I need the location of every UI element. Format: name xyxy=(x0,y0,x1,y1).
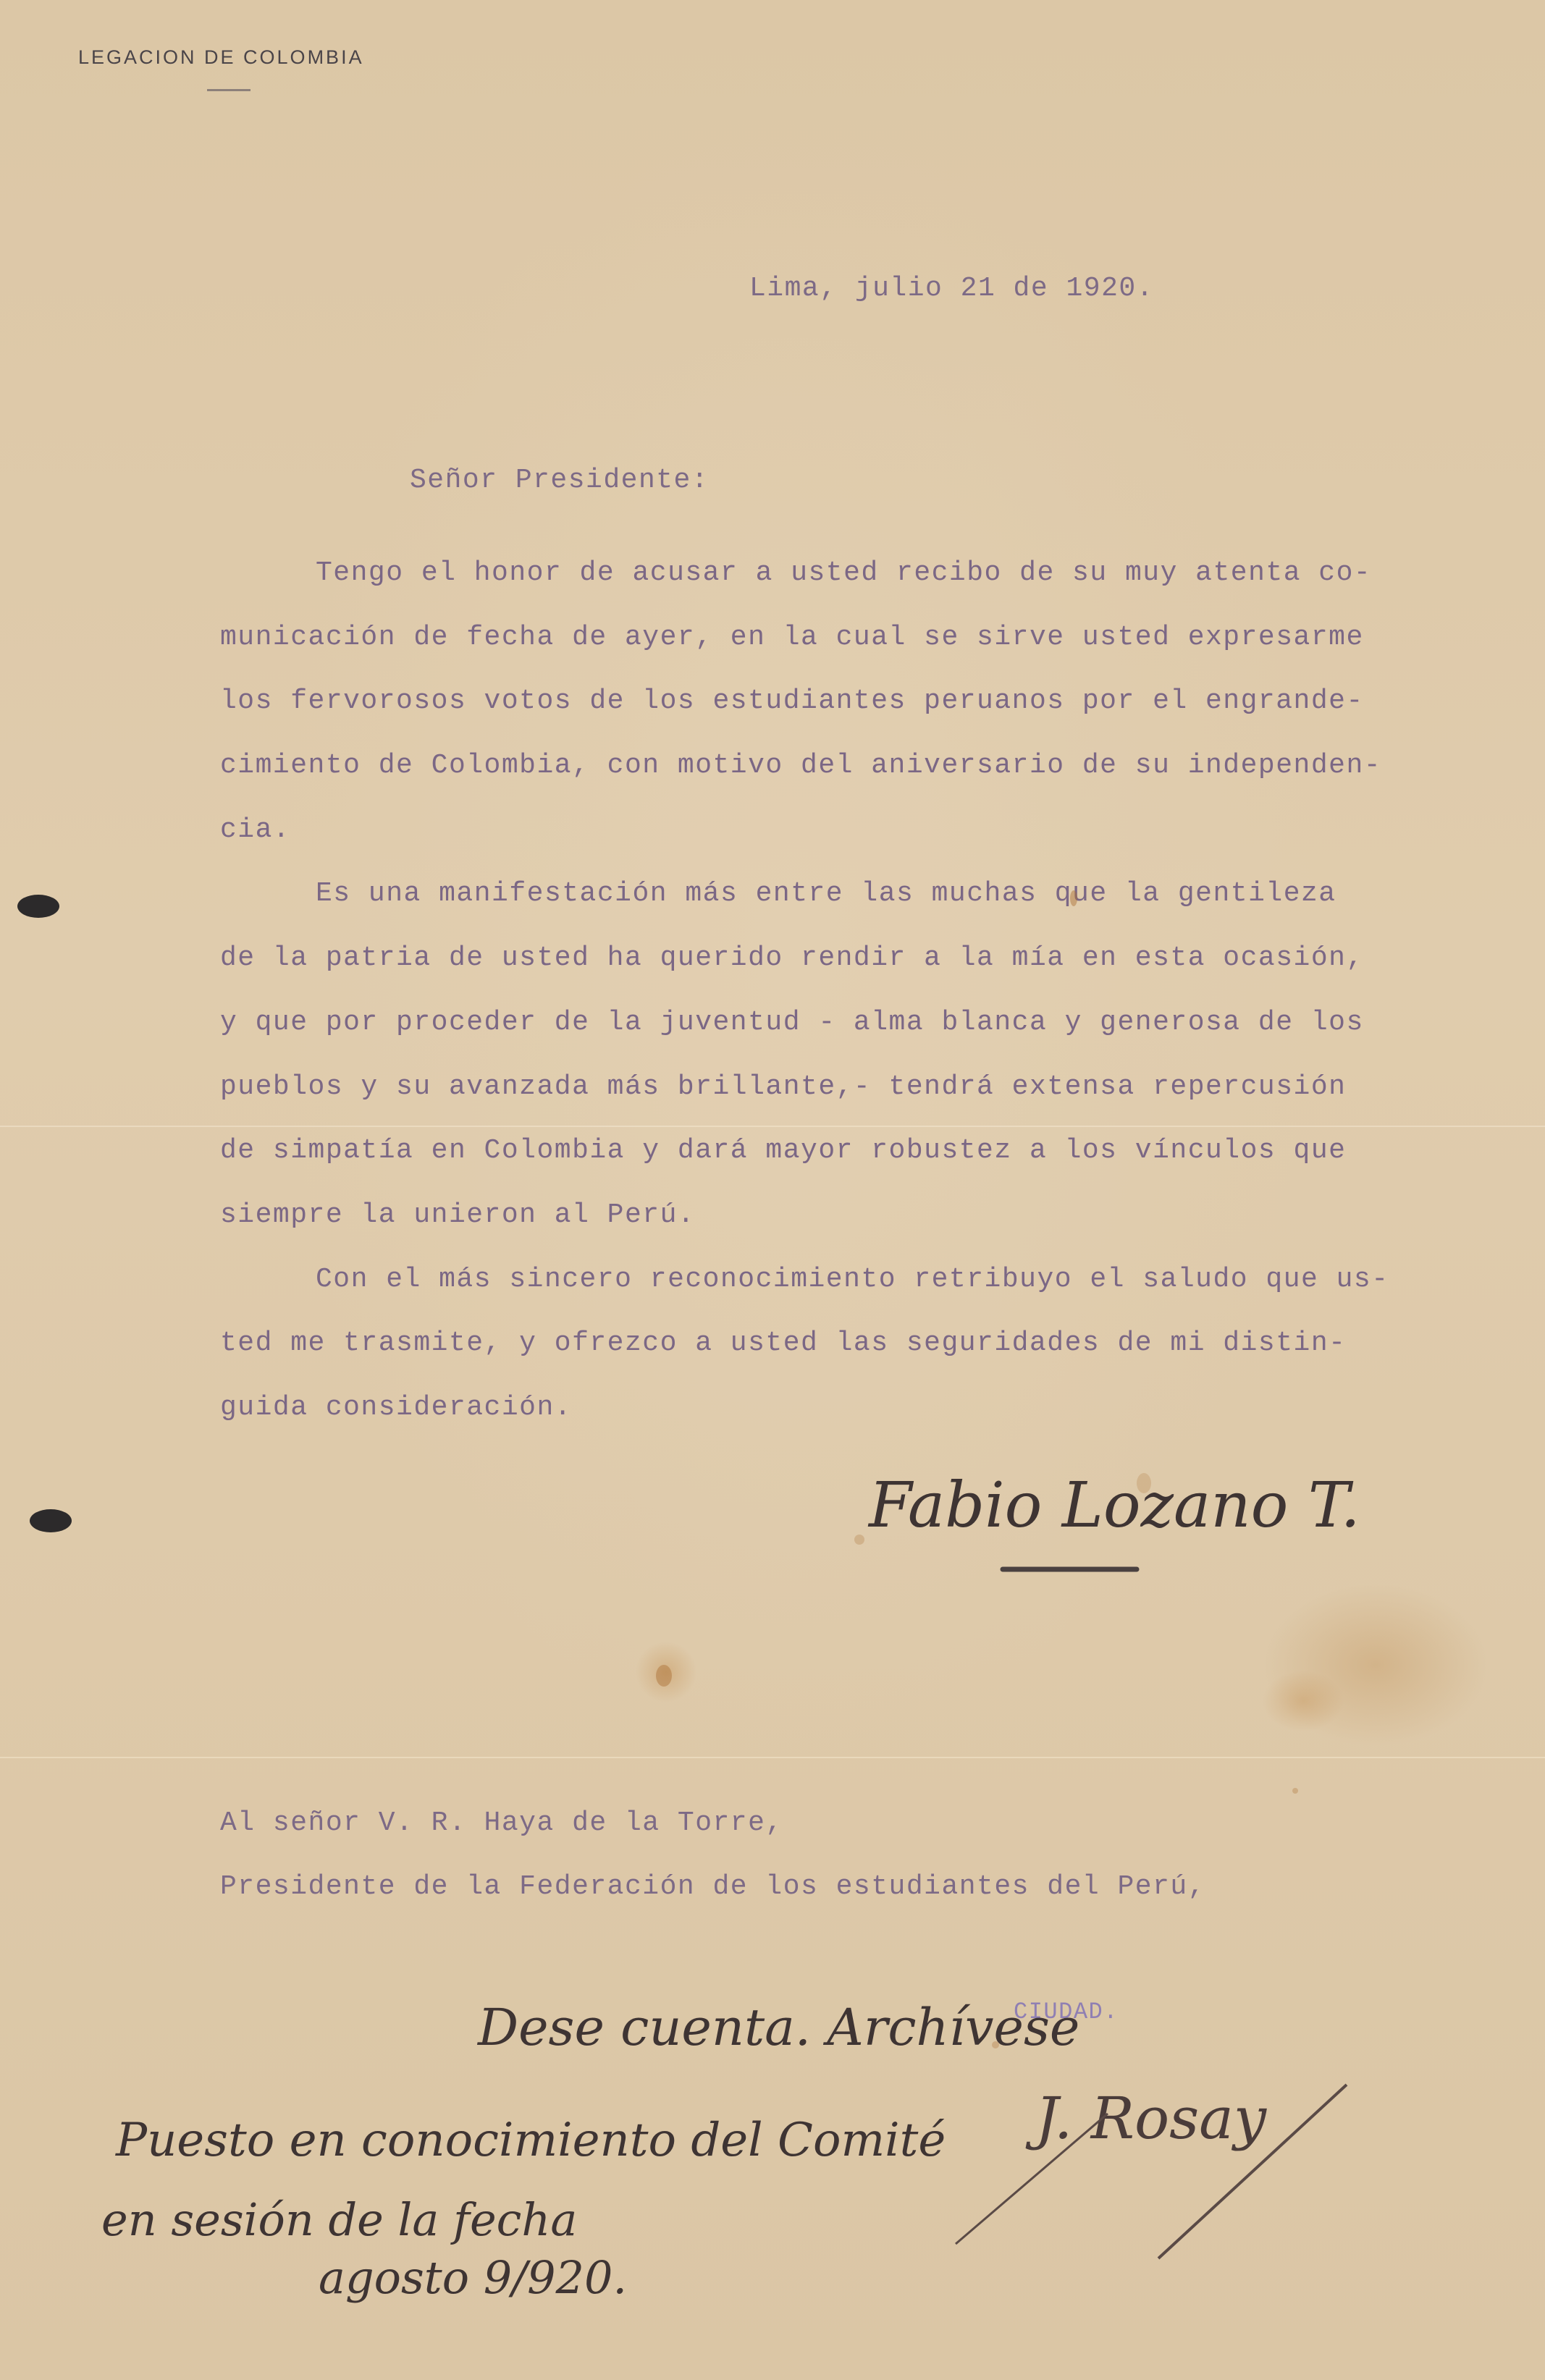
foxing-spot xyxy=(1070,890,1077,906)
body-line: de simpatía en Colombia y dará mayor rob… xyxy=(220,1135,1465,1199)
body-line: Es una manifestación más entre las mucha… xyxy=(220,878,1465,942)
body-line: Con el más sincero reconocimiento retrib… xyxy=(220,1264,1465,1328)
body-line: pueblos y su avanzada más brillante,- te… xyxy=(220,1071,1465,1136)
punch-hole xyxy=(30,1509,72,1532)
body-line: cimiento de Colombia, con motivo del ani… xyxy=(220,750,1465,814)
salutation: Señor Presidente: xyxy=(410,467,709,494)
date-line: Lima, julio 21 de 1920. xyxy=(749,275,1154,303)
body-line: siempre la unieron al Perú. xyxy=(220,1199,1465,1264)
body-line: guida consideración. xyxy=(220,1392,1465,1456)
foxing-spot xyxy=(992,2041,999,2048)
letterhead-rule xyxy=(207,89,251,91)
handwritten-note-committee-line1: Puesto en conocimiento del Comité xyxy=(116,2114,946,2167)
handwritten-note-archive: Dese cuenta. Archívese xyxy=(478,1998,1079,2057)
addressee-title: Presidente de la Federación de los estud… xyxy=(220,1873,1205,1901)
signature-flourish xyxy=(941,2070,1376,2258)
body-line: Tengo el honor de acusar a usted recibo … xyxy=(220,557,1465,622)
handwritten-note-date: agosto 9/920. xyxy=(319,2251,627,2304)
body-line: cia. xyxy=(220,814,1465,879)
foxing-spot xyxy=(1137,1473,1151,1493)
body-line: ted me trasmite, y ofrezco a usted las s… xyxy=(220,1328,1465,1392)
foxing-spot xyxy=(854,1535,864,1545)
sender-signature: Fabio Lozano T. xyxy=(869,1469,1360,1542)
letter-body: Tengo el honor de acusar a usted recibo … xyxy=(220,557,1465,1456)
foxing-spot xyxy=(656,1665,672,1687)
handwritten-note-committee-line2: en sesión de la fecha xyxy=(101,2193,577,2246)
letterhead-title: LEGACION DE COLOMBIA xyxy=(78,46,364,69)
body-line: municación de fecha de ayer, en la cual … xyxy=(220,622,1465,686)
signature-underline xyxy=(999,1565,1144,1574)
body-line: los fervorosos votos de los estudiantes … xyxy=(220,685,1465,750)
foxing-spot xyxy=(1292,1788,1298,1794)
letter-page: LEGACION DE COLOMBIA Lima, julio 21 de 1… xyxy=(0,0,1545,2380)
punch-hole xyxy=(17,895,59,918)
addressee-name: Al señor V. R. Haya de la Torre, xyxy=(220,1810,783,1837)
body-line: de la patria de usted ha querido rendir … xyxy=(220,942,1465,1007)
body-line: y que por proceder de la juventud - alma… xyxy=(220,1007,1465,1071)
paper-fold-line xyxy=(0,1757,1545,1758)
